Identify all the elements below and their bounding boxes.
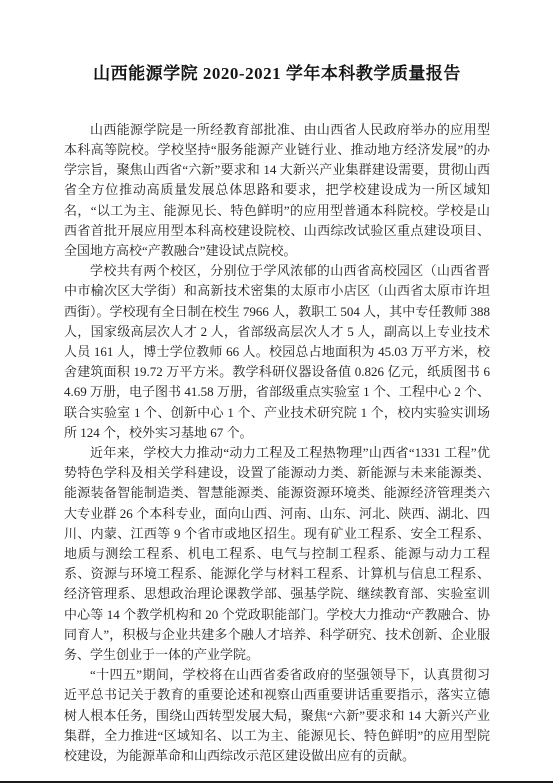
paragraph-disciplines: 近年来，学校大力推动“动力工程及工程热物理”山西省“1331 工程”优势特色学科… xyxy=(64,443,490,665)
page-content: 山西能源学院 2020-2021 学年本科教学质量报告 山西能源学院是一所经教育… xyxy=(64,0,490,766)
document-page: 山西能源学院 2020-2021 学年本科教学质量报告 山西能源学院是一所经教育… xyxy=(0,0,553,783)
body-text: 山西能源学院是一所经教育部批准、由山西省人民政府举办的应用型本科高等院校。学校坚… xyxy=(64,120,490,767)
page-title: 山西能源学院 2020-2021 学年本科教学质量报告 xyxy=(64,0,490,86)
paragraph-intro: 山西能源学院是一所经教育部批准、由山西省人民政府举办的应用型本科高等院校。学校坚… xyxy=(64,120,490,261)
page-number: 4 xyxy=(0,708,553,719)
paragraph-campus-stats: 学校共有两个校区，分别位于学风浓郁的山西省高校园区（山西省晋中市榆次区大学街）和… xyxy=(64,261,490,443)
